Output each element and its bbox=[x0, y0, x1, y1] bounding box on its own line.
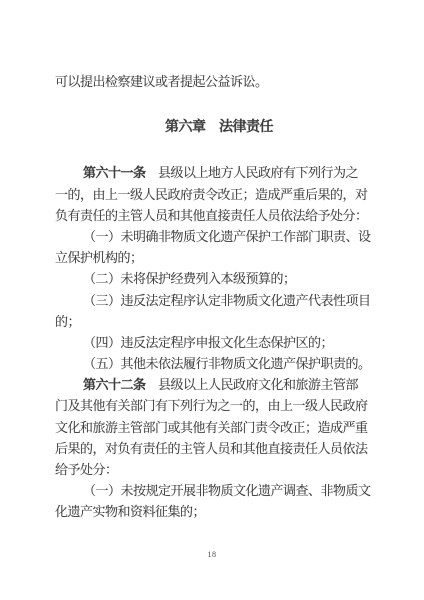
body-line: 给予处分： bbox=[55, 459, 371, 480]
article-61-text: 县级以上地方人民政府有下列行为之 bbox=[146, 165, 359, 180]
document-page: 可以提出检察建议或者提起公益诉讼。 第六章 法律责任 第六十一条 县级以上地方人… bbox=[0, 0, 424, 600]
page-number: 18 bbox=[0, 550, 424, 559]
item-line: （一）未按规定开展非物质文化遗产调查、非物质文 bbox=[55, 480, 371, 501]
article-62-label: 第六十二条 bbox=[83, 377, 146, 392]
item-line: （二）未将保护经费列入本级预算的； bbox=[55, 268, 371, 289]
body-line: 的； bbox=[55, 311, 371, 332]
article-62-line: 第六十二条 县级以上人民政府文化和旅游主管部 bbox=[55, 374, 371, 395]
body-line: 立保护机构的； bbox=[55, 247, 371, 268]
body-line: 文化和旅游主管部门或其他有关部门责令改正；造成严重 bbox=[55, 417, 371, 438]
chapter-heading: 第六章 法律责任 bbox=[55, 117, 371, 138]
body-line: 化遗产实物和资料征集的； bbox=[55, 501, 371, 522]
item-line: （四）违反法定程序申报文化生态保护区的； bbox=[55, 332, 371, 353]
intro-line: 可以提出检察建议或者提起公益诉讼。 bbox=[55, 71, 371, 92]
item-line: （三）违反法定程序认定非物质文化遗产代表性项目 bbox=[55, 290, 371, 311]
article-61-line: 第六十一条 县级以上地方人民政府有下列行为之 bbox=[55, 162, 371, 183]
item-line: （一）未明确非物质文化遗产保护工作部门职责、设 bbox=[55, 226, 371, 247]
body-line: 后果的，对负有责任的主管人员和其他直接责任人员依法 bbox=[55, 438, 371, 459]
article-61-label: 第六十一条 bbox=[83, 165, 146, 180]
body-line: 负有责任的主管人员和其他直接责任人员依法给予处分： bbox=[55, 205, 371, 226]
article-62-text: 县级以上人民政府文化和旅游主管部 bbox=[146, 377, 359, 392]
body-line: 一的，由上一级人民政府责令改正；造成严重后果的，对 bbox=[55, 184, 371, 205]
text-column: 可以提出检察建议或者提起公益诉讼。 第六章 法律责任 第六十一条 县级以上地方人… bbox=[55, 71, 371, 523]
item-line: （五）其他未依法履行非物质文化遗产保护职责的。 bbox=[55, 353, 371, 374]
body-line: 门及其他有关部门有下列行为之一的，由上一级人民政府 bbox=[55, 395, 371, 416]
